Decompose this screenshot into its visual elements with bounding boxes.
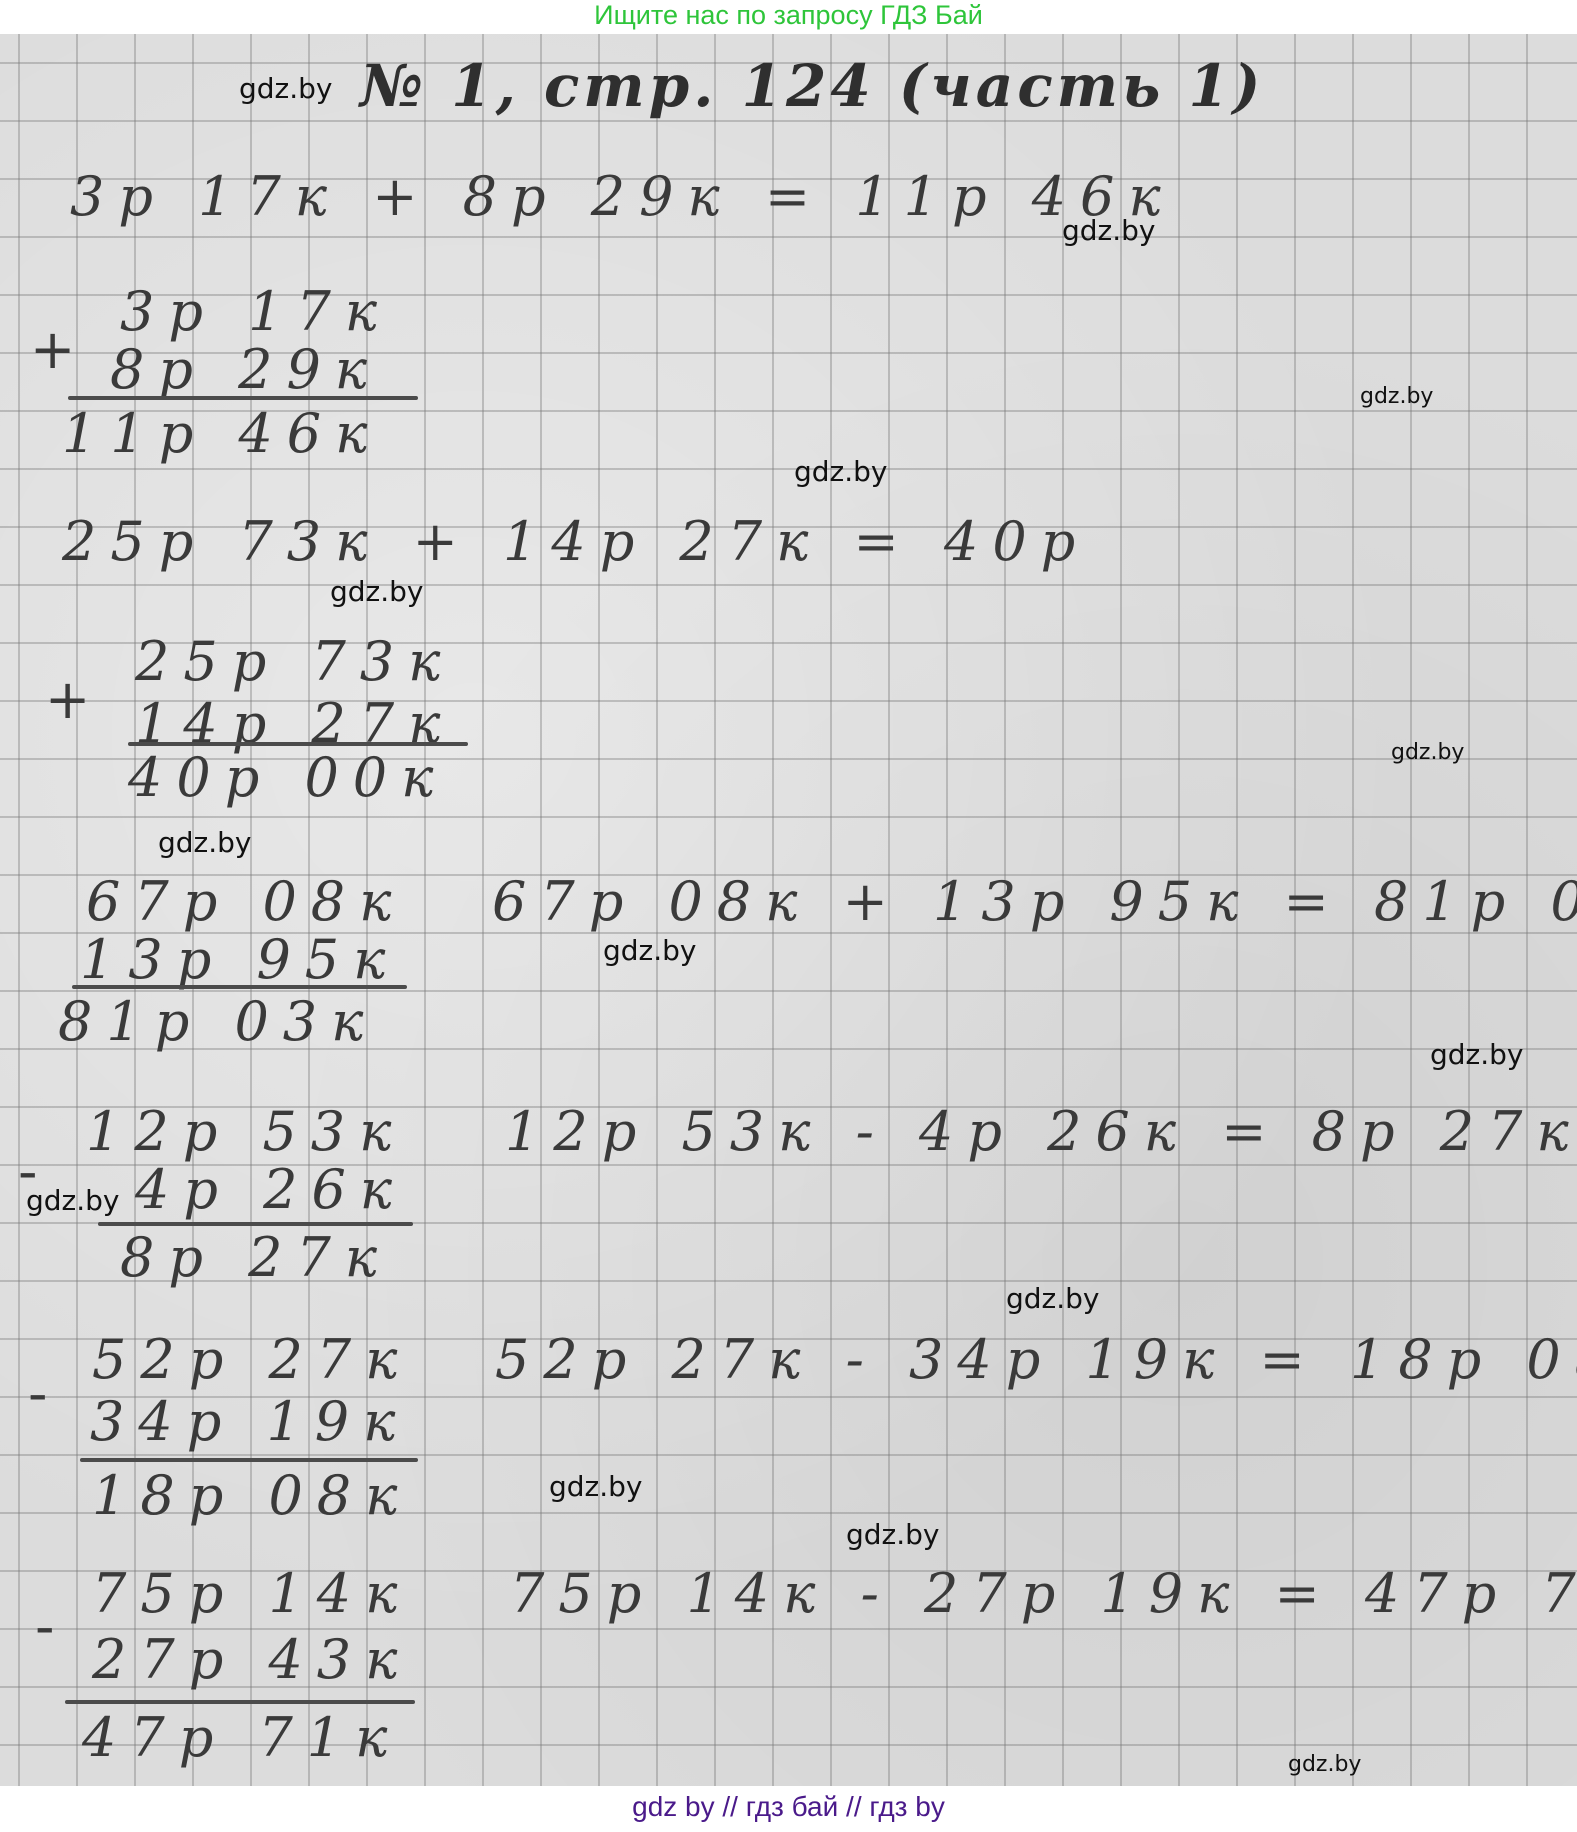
watermark: gdz.by [239, 72, 333, 105]
column-top-6: 75р 14к [92, 1562, 411, 1625]
column-bottom-3: 13р 95к [80, 928, 399, 991]
equation-1: 3р 17к + 8р 29к = 11р 46к [70, 165, 1175, 228]
exercise-title: № 1, стр. 124 (часть 1) [360, 52, 1264, 120]
operator-sign-2: + [45, 668, 90, 731]
watermark: gdz.by [158, 826, 252, 859]
site-footer-banner: gdz by // гдз бай // гдз by [0, 1786, 1577, 1832]
equation-3: 67р 08к + 13р 95к = 81р 03к [492, 870, 1577, 933]
column-result-3: 81р 03к [58, 990, 377, 1053]
column-result-4: 8р 27к [120, 1226, 391, 1289]
column-top-5: 52р 27к [92, 1328, 411, 1391]
watermark: gdz.by [846, 1518, 940, 1551]
watermark: gdz.by [1430, 1038, 1524, 1071]
watermark: gdz.by [1360, 384, 1433, 409]
column-bottom-5: 34р 19к [90, 1390, 409, 1453]
column-top-1: 3р 17к [120, 280, 391, 343]
watermark: gdz.by [1288, 1752, 1361, 1777]
column-rule-5 [80, 1458, 418, 1462]
column-result-5: 18р 08к [92, 1464, 411, 1527]
column-result-6: 47р 71к [82, 1706, 401, 1769]
watermark: gdz.by [26, 1184, 120, 1217]
column-top-3: 67р 08к [86, 870, 405, 933]
operator-sign-1: + [30, 318, 75, 381]
column-result-2: 40р 00к [128, 746, 447, 809]
column-top-4: 12р 53к [86, 1100, 405, 1163]
operator-sign-5: - [28, 1362, 48, 1425]
column-rule-6 [65, 1700, 415, 1704]
column-bottom-1: 8р 29к [110, 338, 381, 401]
watermark: gdz.by [1062, 214, 1156, 247]
equation-4: 12р 53к - 4р 26к = 8р 27к [505, 1100, 1577, 1163]
equation-2: 25р 73к + 14р 27к = 40р [62, 510, 1089, 573]
equation-6: 75р 14к - 27р 19к = 47р 71к [510, 1562, 1577, 1625]
watermark: gdz.by [549, 1470, 643, 1503]
watermark: gdz.by [603, 934, 697, 967]
column-rule-3 [72, 985, 407, 989]
search-hint-banner: Ищите нас по запросу ГДЗ Бай [0, 0, 1577, 36]
watermark: gdz.by [1391, 740, 1464, 765]
column-bottom-6: 27р 43к [92, 1628, 411, 1691]
watermark: gdz.by [1006, 1282, 1100, 1315]
equation-5: 52р 27к - 34р 19к = 18р 08к [495, 1328, 1577, 1391]
column-result-1: 11р 46к [62, 402, 381, 465]
column-rule-1 [68, 396, 418, 400]
watermark: gdz.by [794, 455, 888, 488]
operator-sign-6: - [35, 1595, 55, 1658]
column-top-2: 25р 73к [135, 630, 454, 693]
watermark: gdz.by [330, 575, 424, 608]
column-bottom-4: 4р 26к [135, 1158, 406, 1221]
